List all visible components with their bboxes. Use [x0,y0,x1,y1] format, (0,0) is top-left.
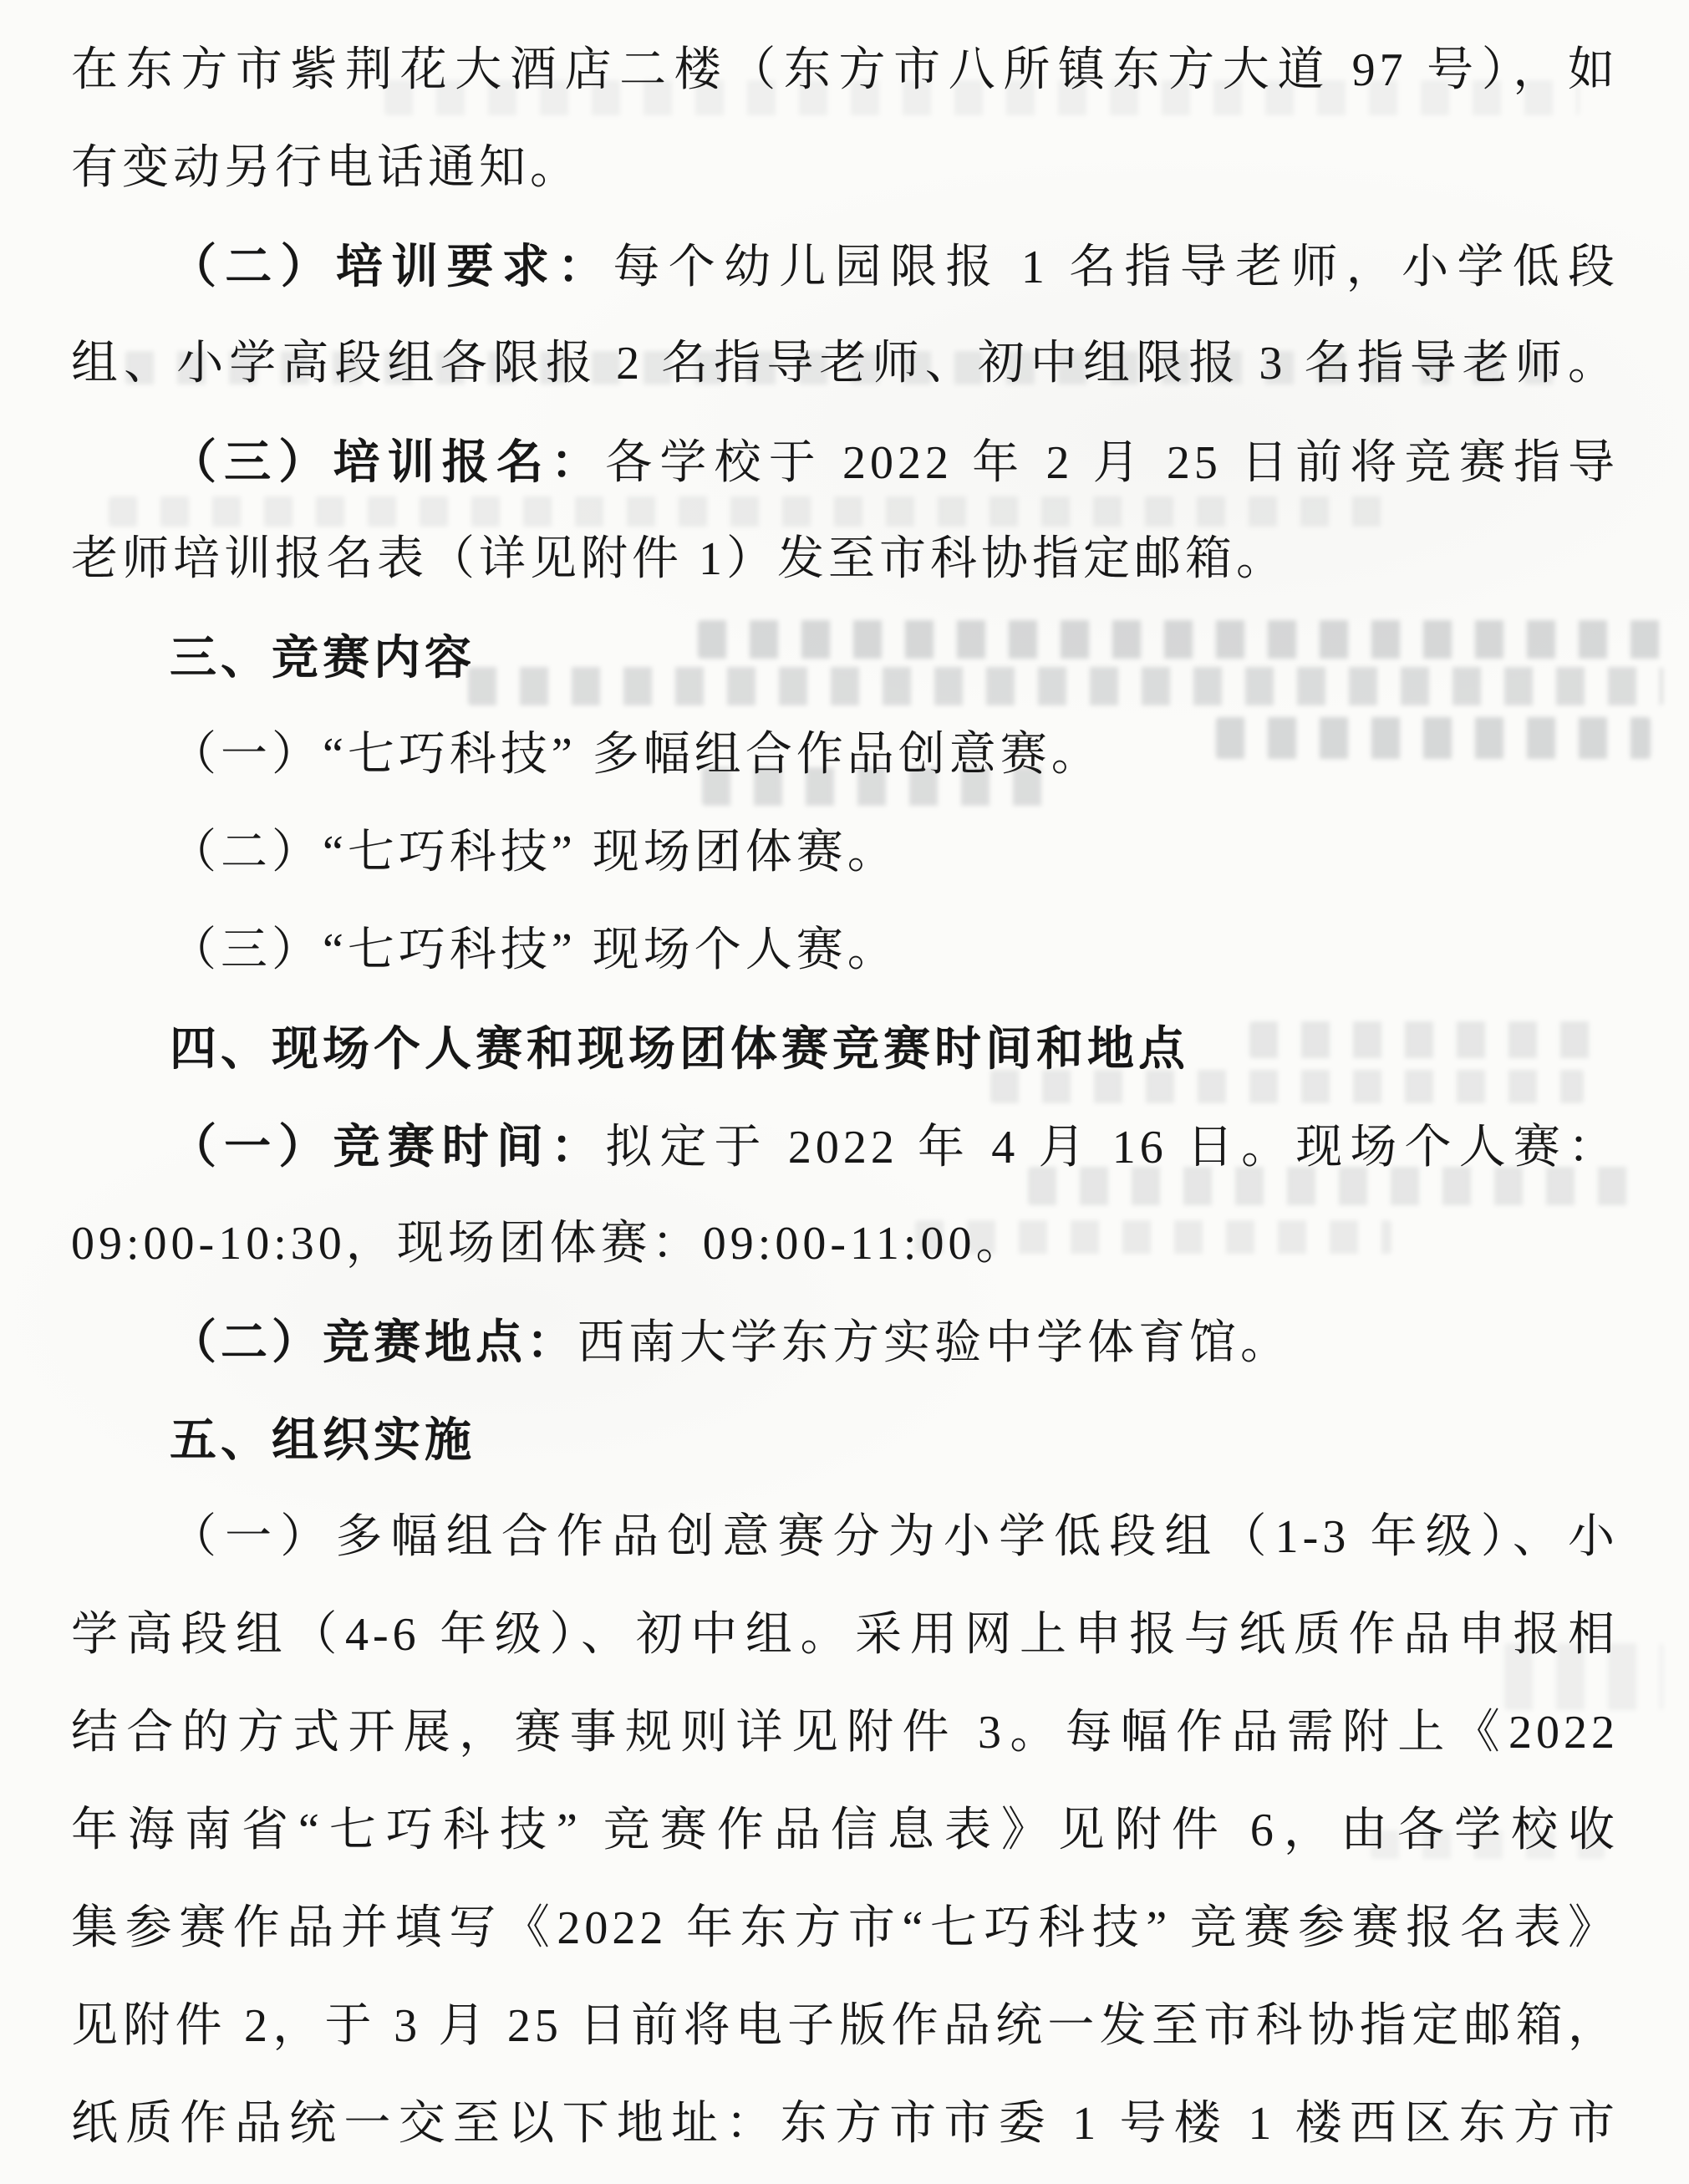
text-line: 见附件 2，于 3 月 25 日前将电子版作品统一发至市科协指定邮箱， [71,1978,1619,2075]
text-line: 学高段组（4-6 年级）、初中组。采用网上申报与纸质作品申报相 [71,1586,1619,1684]
text-line: （二）竞赛地点：西南大学东方实验中学体育馆。 [71,1293,1619,1391]
item-text: 西南大学东方实验中学体育馆。 [577,1317,1291,1369]
section-heading: 三、竞赛内容 [71,608,1619,706]
item-label: （二）竞赛地点： [170,1316,577,1368]
text-line: 在东方市紫荆花大酒店二楼（东方市八所镇东方大道 97 号），如 [71,22,1619,120]
text-line: 纸质作品统一交至以下地址：东方市市委 1 号楼 1 楼西区东方市 [71,2075,1619,2173]
text-line: 组、小学高段组各限报 2 名指导老师、初中组限报 3 名指导老师。 [71,315,1619,413]
section-heading: 四、现场个人赛和现场团体赛竞赛时间和地点 [71,1000,1619,1097]
text-line: （一）多幅组合作品创意赛分为小学低段组（1-3 年级）、小 [71,1489,1619,1586]
document-body: 在东方市紫荆花大酒店二楼（东方市八所镇东方大道 97 号），如 有变动另行电话通… [71,22,1619,2173]
text-line: （一）竞赛时间：拟定于 2022 年 4 月 16 日。现场个人赛： [71,1097,1619,1195]
item-label: （三）培训报名： [170,435,605,488]
text-line: 09:00-10:30，现场团体赛：09:00-11:00。 [71,1195,1619,1293]
text-line: （二）培训要求：每个幼儿园限报 1 名指导老师，小学低段 [71,217,1619,315]
item-label: （一）竞赛时间： [170,1120,605,1173]
text-line: 结合的方式开展，赛事规则详见附件 3。每幅作品需附上《2022 [71,1684,1619,1782]
text-line: 老师培训报名表（详见附件 1）发至市科协指定邮箱。 [71,511,1619,608]
text-line: （三）培训报名：各学校于 2022 年 2 月 25 日前将竞赛指导 [71,413,1619,511]
section-heading: 五、组织实施 [71,1391,1619,1489]
text-line: （一）“七巧科技” 多幅组合作品创意赛。 [71,706,1619,804]
item-text: 各学校于 2022 年 2 月 25 日前将竞赛指导 [605,437,1619,489]
text-line: （三）“七巧科技” 现场个人赛。 [71,902,1619,1000]
scanned-document-page: 在东方市紫荆花大酒店二楼（东方市八所镇东方大道 97 号），如 有变动另行电话通… [0,0,1689,2184]
text-line: 集参赛作品并填写《2022 年东方市“七巧科技” 竞赛参赛报名表》 [71,1880,1619,1978]
item-text: 拟定于 2022 年 4 月 16 日。现场个人赛： [605,1122,1619,1173]
text-line: （二）“七巧科技” 现场团体赛。 [71,804,1619,902]
item-label: （二）培训要求： [170,240,613,293]
item-text: 每个幼儿园限报 1 名指导老师，小学低段 [613,242,1619,293]
text-line: 有变动另行电话通知。 [71,120,1619,217]
text-line: 年海南省“七巧科技” 竞赛作品信息表》见附件 6，由各学校收 [71,1782,1619,1880]
